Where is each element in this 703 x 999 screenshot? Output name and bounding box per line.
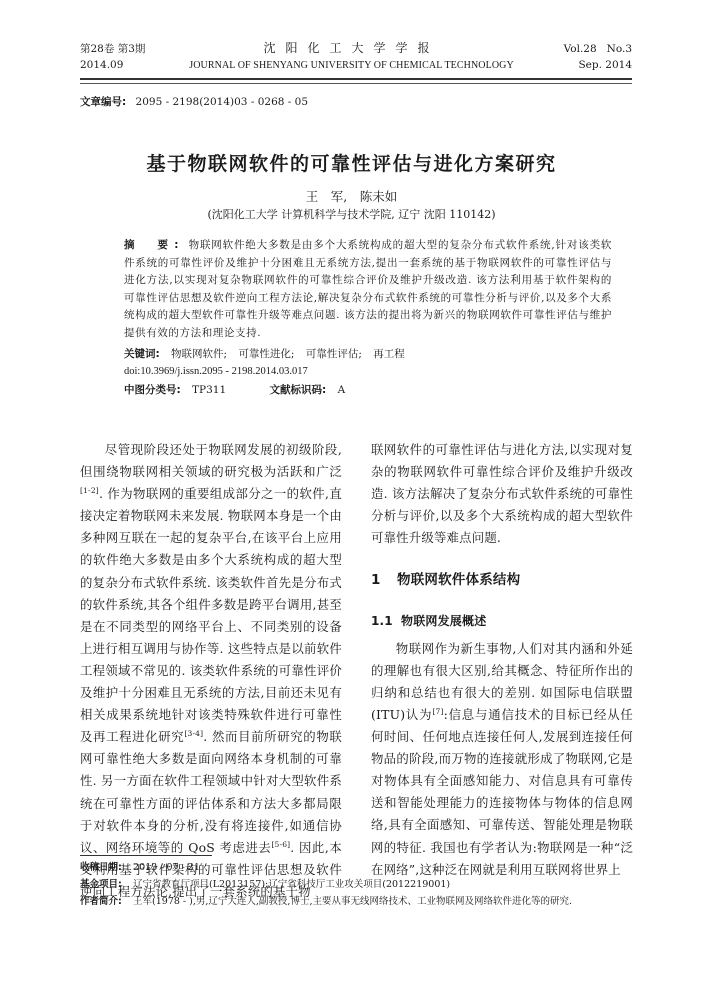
abstract-text: 物联网软件绝大多数是由多个大系统构成的超大型的复杂分布式软件系统,针对该类软件系… — [124, 239, 612, 339]
citation-3-4: [3-4] — [184, 729, 203, 738]
keywords: 关键词: 物联网软件; 可靠性进化; 可靠性评估; 再工程 — [124, 346, 405, 362]
intro-paragraph: 尽管现阶段还处于物联网发展的初级阶段,但围绕物联网相关领域的研究极为活跃和广泛[… — [80, 439, 342, 903]
clc-label: 中图分类号: — [124, 384, 181, 396]
intro-text-b: . 作为物联网的重要组成部分之一的软件,直接决定着物联网未来发展. 物联网本身是… — [80, 486, 342, 744]
section-1-number: 1 — [371, 569, 397, 591]
keyword-3: 可靠性评估; — [306, 348, 362, 360]
header-rule — [80, 78, 632, 84]
intro-text-c: . 然而目前所研究的物联网可靠性绝大多数是面向网络本身机制的可靠性. 另一方面在… — [80, 729, 342, 854]
citation-5-6: [5-6] — [271, 840, 290, 849]
clc-value: TP311 — [192, 384, 226, 396]
body-left-column: 尽管现阶段还处于物联网发展的初级阶段,但围绕物联网相关领域的研究极为活跃和广泛[… — [80, 439, 342, 903]
keyword-2: 可靠性进化; — [238, 348, 294, 360]
author-bio-label: 作者简介: — [80, 895, 130, 909]
intro-continuation: 联网软件的可靠性评估与进化方法,以实现对复杂的物联网软件可靠性综合评价及维护升级… — [371, 439, 633, 549]
section-1-1-heading: 1.1物联网发展概述 — [371, 610, 633, 632]
funding-label: 基金项目: — [80, 878, 130, 892]
authors: 王 军, 陈未如 — [0, 187, 703, 205]
article-number-label: 文章编号: — [80, 96, 126, 108]
citation-1-2: [1-2] — [80, 486, 99, 495]
author-bio-value: 王军(1978 - ),男,辽宁大连人,副教授,博士,主要从事无线网络技术、工业… — [133, 896, 572, 907]
keyword-1: 物联网软件; — [171, 348, 227, 360]
received-label: 收稿日期: — [80, 861, 130, 875]
section-1-1-title: 物联网发展概述 — [401, 614, 486, 628]
volume-issue-en: Vol.28 No.3 — [564, 42, 632, 56]
issue-date-en: Sep. 2014 — [578, 58, 632, 72]
paper-title: 基于物联网软件的可靠性评估与进化方案研究 — [0, 149, 703, 176]
received-date: 2013 - 07 - 21 — [133, 862, 200, 873]
body-right-column: 联网软件的可靠性评估与进化方法,以实现对复杂的物联网软件可靠性综合评价及维护升级… — [371, 439, 633, 881]
affiliation: (沈阳化工大学 计算机科学与技术学院, 辽宁 沈阳 110142) — [0, 206, 703, 222]
section-1-title: 物联网软件体系结构 — [397, 572, 520, 588]
footnote-funding: 基金项目: 辽宁省教育厅项目(L2013157);辽宁省科技厅工业攻关项目(20… — [80, 878, 450, 892]
article-number-value: 2095 - 2198(2014)03 - 0268 - 05 — [136, 96, 308, 108]
keyword-4: 再工程 — [373, 348, 405, 360]
doc-code-value: A — [338, 384, 346, 396]
section-1-1-text-b: :信息与通信技术的目标已经从任何时间、任何地点连接任何人,发展到连接任何物品的阶… — [371, 707, 633, 877]
abstract-label: 摘 要: — [124, 239, 184, 251]
funding-value: 辽宁省教育厅项目(L2013157);辽宁省科技厅工业攻关项目(20122190… — [133, 879, 450, 890]
section-1-1-paragraph: 物联网作为新生事物,人们对其内涵和外延的理解也有很大区别,给其概念、特征所作出的… — [371, 638, 633, 881]
citation-7: [7] — [432, 707, 443, 716]
footnote-author: 作者简介: 王军(1978 - ),男,辽宁大连人,副教授,博士,主要从事无线网… — [80, 895, 572, 909]
doi: doi:10.3969/j.issn.2095 - 2198.2014.03.0… — [124, 364, 308, 380]
footnote-rule — [80, 855, 212, 856]
doc-code-label: 文献标识码: — [270, 384, 327, 396]
article-number: 文章编号: 2095 - 2198(2014)03 - 0268 - 05 — [80, 94, 308, 109]
classification: 中图分类号: TP311 文献标识码: A — [124, 382, 345, 398]
section-1-heading: 1物联网软件体系结构 — [371, 569, 633, 591]
section-1-1-number: 1.1 — [371, 610, 401, 632]
keywords-label: 关键词: — [124, 348, 160, 360]
abstract: 摘 要: 物联网软件绝大多数是由多个大系统构成的超大型的复杂分布式软件系统,针对… — [124, 237, 612, 343]
footnote-received: 收稿日期: 2013 - 07 - 21 — [80, 861, 200, 875]
intro-text-a: 尽管现阶段还处于物联网发展的初级阶段,但围绕物联网相关领域的研究极为活跃和广泛 — [80, 442, 342, 479]
